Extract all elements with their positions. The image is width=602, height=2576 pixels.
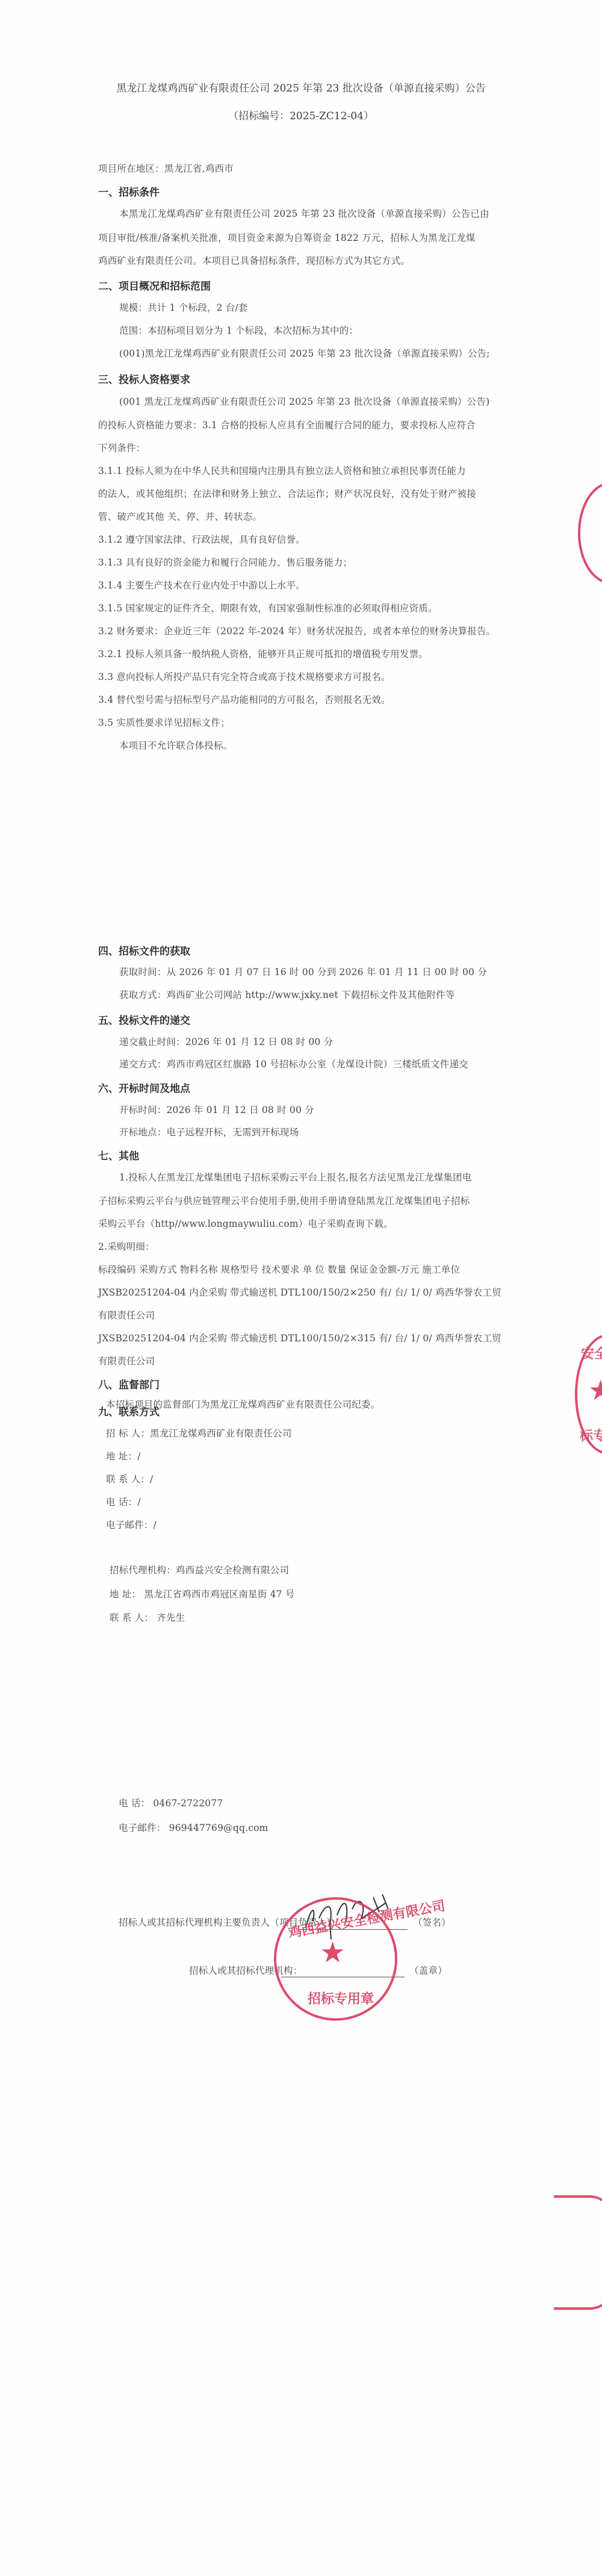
tenderer-email: 电子邮件：/: [106, 1519, 157, 1531]
qualification-line: 3.4 替代型号需与招标型号产品功能相同的方可报名，否则报名无效。: [98, 694, 391, 706]
section-1-line: 鸡西矿业有限责任公司。本项目已具备招标条件，现招标方式为其它方式。: [98, 255, 410, 267]
qualification-line: 3.2.1 投标人须具备一般纳税人资格，能够开具正规可抵扣的增值税专用发票。: [98, 648, 428, 660]
project-lot: (001)黑龙江龙煤鸡西矿业有限责任公司 2025 年第 23 批次设备（单源直…: [119, 348, 490, 360]
acquisition-method: 获取方式：鸡西矿业公司网站 http://www.jxky.net 下载招标文件…: [119, 989, 455, 1001]
section-1-heading: 一、招标条件: [98, 184, 160, 199]
purchase-table-row: JXSB20251204-04 内企采购 带式输送机 DTL100/150/2×…: [98, 1332, 501, 1344]
opening-time: 开标时间：2026 年 01 月 12 日 08 时 00 分: [119, 1104, 314, 1116]
tender-number: （招标编号：2025-ZC12-04）: [0, 107, 602, 122]
purchase-table-header: 标段编码 采购方式 物料名称 规格型号 技术要求 单 位 数量 保证金金额-万元…: [98, 1264, 460, 1276]
other-line: 1.投标人在黑龙江龙煤集团电子招标采购云平台上报名,报名方法见黑龙江龙煤集团电: [119, 1171, 472, 1184]
other-line: 采购云平台（http//www.longmaywuliu.com）电子采购查询下…: [98, 1218, 393, 1230]
project-region: 项目所在地区：黑龙江省,鸡西市: [98, 163, 234, 175]
document-page: 黑龙江龙煤鸡西矿业有限责任公司 2025 年第 23 批次设备（单源直接采购）公…: [0, 0, 602, 2576]
submission-method: 递交方式：鸡西市鸡冠区红旗路 10 号招标办公室（龙煤设计院）三楼纸质文件递交: [119, 1058, 468, 1070]
tenderer-contact: 联 系 人：/: [106, 1473, 153, 1485]
qualification-line: 3.3 意向投标人所投产品只有完全符合或高于技术规格要求方可报名。: [98, 671, 391, 683]
qualification-line: 3.1.3 具有良好的资金能力和履行合同能力、售后服务能力；: [98, 557, 352, 569]
qualification-line: (001 黑龙江龙煤鸡西矿业有限责任公司 2025 年第 23 批次设备（单源直…: [119, 396, 489, 408]
qualification-line: 3.1.1 投标人须为在中华人民共和国境内注册具有独立法人资格和独立承担民事责任…: [98, 465, 466, 477]
opening-place: 开标地点：电子远程开标，无需到开标现场: [119, 1126, 299, 1138]
seam-seal-fragment: 安全 ★ 标专用: [575, 1334, 602, 1455]
qualification-line: 的法人，或其他组织；在法律和财务上独立、合法运作；财产状况良好，没有处于财产被接: [98, 488, 476, 500]
section-5-heading: 五、投标文件的递交: [98, 1012, 190, 1027]
seam-seal-fragment: [554, 2195, 602, 2310]
section-4-heading: 四、招标文件的获取: [98, 943, 190, 958]
section-1-line: 本黑龙江龙煤鸡西矿业有限责任公司 2025 年第 23 批次设备（单源直接采购）…: [119, 208, 489, 220]
qualification-line: 3.5 实质性要求详见招标文件；: [98, 717, 230, 729]
agency-email: 电子邮件： 969447769@qq.com: [119, 1822, 268, 1834]
acquisition-time: 获取时间：从 2026 年 01 月 07 日 16 时 00 分到 2026 …: [119, 966, 487, 978]
qualification-line: 3.2 财务要求：企业近三年（2022 年-2024 年）财务状况报告，或者本单…: [98, 625, 495, 637]
project-scope: 范围：本招标项目划分为 1 个标段，本次招标为其中的：: [119, 325, 358, 337]
tenderer-address: 地 址：/: [106, 1450, 141, 1462]
qualification-line: 管、破产或其他 关、停、并、转状态。: [98, 511, 262, 523]
qualification-line: 3.1.2 遵守国家法律、行政法规，具有良好信誉。: [98, 534, 305, 546]
purchase-table-row-cont: 有限责任公司: [98, 1355, 155, 1367]
other-line: 子招标采购云平台与供应链管理云平台使用手册,使用手册请登陆黑龙江龙煤集团电子招标: [98, 1195, 470, 1207]
qualification-line: 本项目不允许联合体投标。: [119, 740, 232, 752]
seam-seal-fragment: [578, 482, 602, 584]
tenderer-name: 招 标 人：黑龙江龙煤鸡西矿业有限责任公司: [106, 1427, 292, 1439]
section-8-heading: 八、监督部门: [98, 1376, 160, 1391]
seal-purpose-text: 招标专用章: [308, 1989, 374, 2007]
qualification-line: 3.1.4 主要生产技术在行业内处于中游以上水平。: [98, 579, 305, 591]
qualification-line: 的投标人资格能力要求：3.1 合格的投标人应具有全面履行合同的能力，要求投标人应…: [98, 419, 476, 431]
agency-seal-suffix: （盖章）: [409, 1965, 447, 1977]
section-7-heading: 七、其他: [98, 1147, 139, 1162]
other-line: 2.采购明细：: [98, 1241, 155, 1253]
section-6-heading: 六、开标时间及地点: [98, 1080, 190, 1095]
document-title: 黑龙江龙煤鸡西矿业有限责任公司 2025 年第 23 批次设备（单源直接采购）公…: [0, 80, 602, 95]
agency-tender-seal: ★ 鸡西益兴安全检测有限公司 招标专用章: [274, 1897, 397, 2021]
agency-name: 招标代理机构：鸡西益兴安全检测有限公司: [110, 1564, 289, 1576]
seal-star-icon: ★: [320, 1938, 346, 1967]
purchase-table-row-cont: 有限责任公司: [98, 1309, 155, 1321]
section-3-heading: 三、投标人资格要求: [98, 371, 190, 386]
qualification-line: 3.1.5 国家规定的证件齐全、期限有效，有国家强制性标准的必须取得相应资质。: [98, 602, 438, 614]
section-2-heading: 二、项目概况和招标范围: [98, 278, 211, 293]
qualification-line: 下列条件：: [98, 442, 146, 454]
seam-seal-text-bottom: 标专用: [580, 1426, 602, 1444]
seam-seal-star-icon: ★: [588, 1376, 602, 1404]
section-9-heading: 九、联系方式: [98, 1403, 160, 1418]
agency-phone: 电 话： 0467-2722077: [119, 1797, 223, 1809]
agency-contact: 联 系 人： 齐先生: [110, 1612, 185, 1624]
project-scale: 规模：共计 1 个标段，2 台/套: [119, 302, 248, 314]
seam-seal-text-top: 安全: [581, 1344, 602, 1362]
section-1-line: 项目审批/核准/备案机关批准，项目资金来源为自筹资金 1822 万元，招标人为黑…: [98, 232, 476, 244]
tenderer-phone: 电 话：/: [106, 1496, 141, 1508]
submission-deadline: 递交截止时间：2026 年 01 月 12 日 08 时 00 分: [119, 1036, 333, 1048]
purchase-table-row: JXSB20251204-04 内企采购 带式输送机 DTL100/150/2×…: [98, 1286, 501, 1299]
agency-address: 地 址： 黑龙江省鸡西市鸡冠区南星街 47 号: [110, 1588, 295, 1600]
